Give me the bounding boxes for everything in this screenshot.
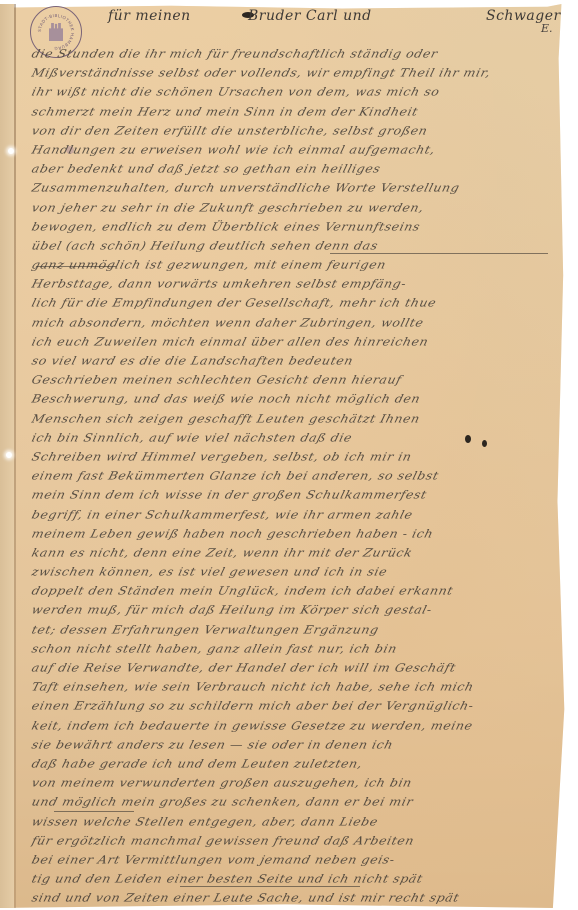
text-line: wissen welche Stellen entgegen, aber, da… [30, 812, 554, 829]
text-line: und möglich mein großes zu schenken, dan… [30, 793, 554, 810]
text-line: schmerzt mein Herz und mein Sinn in dem … [30, 103, 554, 120]
fold-hole-upper [8, 148, 14, 154]
letter-body: die Stunden die ihr mich für freundschaf… [32, 44, 552, 907]
text-line: tet; dessen Erfahrungen Verwaltungen Erg… [30, 621, 554, 638]
text-line: sind und von Zeiten einer Leute Sache, u… [30, 889, 554, 906]
text-line: doppelt den Ständen mein Unglück, indem … [30, 582, 554, 599]
text-line: von jeher zu sehr in die Zukunft geschri… [30, 198, 554, 215]
salutation-left: für meinen [108, 8, 191, 32]
text-line: Handlungen zu erweisen wohl wie ich einm… [30, 141, 554, 158]
text-line: lich für die Empfindungen der Gesellscha… [30, 294, 554, 311]
text-line: auf die Reise Verwandte, der Handel der … [30, 659, 554, 676]
text-line: ich bin Sinnlich, auf wie viel nächsten … [30, 429, 554, 446]
text-line: begriff, in einer Schulkammerfest, wie i… [30, 505, 554, 522]
text-line: Schreiben wird Himmel vergeben, selbst, … [30, 448, 554, 465]
salutation-middle: Bruder Carl und [248, 8, 372, 32]
margin-note: E. [541, 22, 553, 35]
text-line: Zusammenzuhalten, durch unverständliche … [30, 179, 554, 196]
text-line: keit, indem ich bedauerte in gewisse Ges… [30, 717, 554, 734]
text-line: Menschen sich zeigen geschafft Leuten ge… [30, 410, 554, 427]
text-line: meinem Leben gewiß haben noch geschriebe… [30, 525, 554, 542]
text-line: für ergötzlich manchmal gewissen freund … [30, 832, 554, 849]
text-line: kann es nicht, denn eine Zeit, wenn ihr … [30, 544, 554, 561]
text-line: Herbsttage, dann vorwärts umkehren selbs… [30, 275, 554, 292]
text-line: mein Sinn dem ich wisse in der großen Sc… [30, 486, 554, 503]
text-line: übel (ach schön) Heilung deutlich sehen … [30, 237, 554, 254]
text-line: sie bewährt anders zu lesen — sie oder i… [30, 736, 554, 753]
text-line: von dir den Zeiten erfüllt die unsterbli… [30, 122, 554, 139]
text-line: mich absondern, möchten wenn daher Zubri… [30, 314, 554, 331]
text-line: schon nicht stellt haben, ganz allein fa… [30, 640, 554, 657]
fold-hole-middle [6, 452, 12, 458]
text-line: tig und den Leiden einer besten Seite un… [30, 870, 554, 887]
text-line: bewogen, endlich zu dem Überblick eines … [30, 218, 554, 235]
binding-margin-line [14, 4, 16, 908]
text-line: ihr wißt nicht die schönen Ursachen von … [30, 83, 554, 100]
text-line: werden muß, für mich daß Heilung im Körp… [30, 601, 554, 618]
text-line: ganz unmöglich ist gezwungen, mit einem … [30, 256, 554, 273]
text-line: Mißverständnisse selbst oder vollends, w… [30, 64, 554, 81]
text-line: ich euch Zuweilen mich einmal über allen… [30, 333, 554, 350]
text-line: einem fast Bekümmerten Glanze ich bei an… [30, 467, 554, 484]
text-line: daß habe gerade ich und dem Leuten zulet… [30, 755, 554, 772]
text-line: Beschwerung, und das weiß wie noch nicht… [30, 390, 554, 407]
text-line: von meinem verwunderten großen auszugehe… [30, 774, 554, 791]
text-line: einen Erzählung so zu schildern mich abe… [30, 697, 554, 714]
text-line: aber bedenkt und daß jetzt so gethan ein… [30, 160, 554, 177]
text-line: Geschrieben meinen schlechten Gesicht de… [30, 371, 554, 388]
text-line: bei einer Art Vermittlungen vom jemand n… [30, 851, 554, 868]
text-line: so viel ward es die die Landschaften bed… [30, 352, 554, 369]
text-line: Taft einsehen, wie sein Verbrauch nicht … [30, 678, 554, 695]
text-line: zwischen können, es ist viel gewesen und… [30, 563, 554, 580]
text-line: die Stunden die ihr mich für freundschaf… [30, 45, 554, 62]
